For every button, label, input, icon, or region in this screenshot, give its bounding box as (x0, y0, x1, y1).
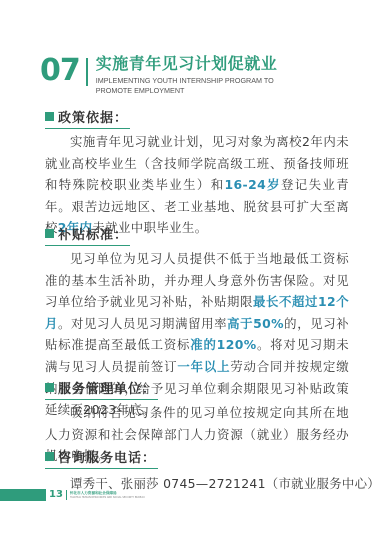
section-heading-label: 补贴标准： (58, 224, 128, 243)
section-heading-label: 政策依据： (58, 107, 128, 126)
highlight-text: 高于50% (227, 316, 284, 331)
title-block: 实施青年见习计划促就业 IMPLEMENTING YOUTH INTERNSHI… (96, 55, 296, 95)
highlight-text: 一年以上 (177, 359, 230, 374)
highlight-text: 16-24岁 (225, 177, 281, 192)
section-heading: 补贴标准： (45, 224, 130, 246)
text-segment: 。对见习人员见习期满留用率 (58, 316, 227, 331)
footer-divider (66, 490, 67, 500)
section-heading: 服务管理单位： (45, 378, 158, 400)
section-policy-basis: 政策依据： 实施青年见习就业计划，见习对象为离校2年内未就业高校毕业生（含技师学… (45, 106, 349, 239)
section-consultation-phone: 咨询服务电话： 谭秀干、张丽莎 0745—2721241（市就业服务中心） (45, 446, 349, 494)
chapter-number: 07 (40, 56, 80, 86)
highlight-text: 准的120% (190, 337, 256, 352)
square-bullet-icon (45, 452, 54, 461)
page-subtitle-en: IMPLEMENTING YOUTH INTERNSHIP PROGRAM TO… (96, 76, 296, 95)
section-heading-label: 咨询服务电话： (58, 447, 156, 466)
header-divider (86, 58, 88, 86)
page-title: 实施青年见习计划促就业 (96, 55, 296, 73)
page-footer: 13 怀化市人力资源和社会保障局 HUAIHUA HUMAN RESOURCES… (0, 489, 145, 501)
section-heading: 咨询服务电话： (45, 447, 158, 469)
square-bullet-icon (45, 229, 54, 238)
section-heading-label: 服务管理单位： (58, 378, 156, 397)
footer-accent-bar (0, 489, 46, 501)
square-bullet-icon (45, 112, 54, 121)
footer-publication: 怀化市人力资源和社会保障局 HUAIHUA HUMAN RESOURCES AN… (70, 491, 145, 499)
page-number: 13 (49, 489, 63, 501)
square-bullet-icon (45, 383, 54, 392)
publication-name-en: HUAIHUA HUMAN RESOURCES AND SOCIAL SECUR… (70, 496, 145, 499)
chapter-header: 07 实施青年见习计划促就业 IMPLEMENTING YOUTH INTERN… (40, 55, 296, 95)
section-heading: 政策依据： (45, 107, 130, 129)
